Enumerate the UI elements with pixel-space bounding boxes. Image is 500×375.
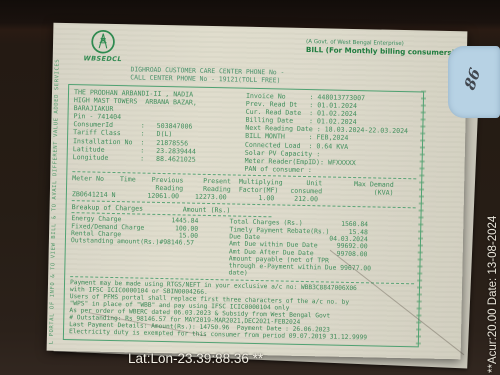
bill-photo: CL PORTAL OF INFO & TO VIEW BILL & TO AV…	[0, 0, 500, 375]
consumer-info-section: THE PRODHAN ARBANDI-II , NADIA HIGH MAST…	[72, 88, 418, 176]
logo-wordmark: WBSEDCL	[71, 54, 135, 63]
bill-body-box: THE PRODHAN ARBANDI-II , NADIA HIGH MAST…	[63, 84, 424, 347]
wbsedcl-logo: WBSEDCL	[71, 28, 136, 63]
bill-title-block: (A Govt. of West Bengal Enterprise) BILL…	[306, 33, 455, 57]
payment-notes-section: Payment may be made using RTGS/NEFT in y…	[69, 279, 414, 342]
consumer-address-block: THE PRODHAN ARBANDI-II , NADIA HIGH MAST…	[72, 88, 246, 173]
charges-breakup-block: Energy Charge 1445.84 Fixed/Demand Charg…	[70, 215, 229, 277]
bill-title: BILL (For Monthly billing consumers)	[306, 45, 455, 57]
handwritten-number: 86	[461, 65, 484, 93]
power-tower-icon	[71, 28, 136, 55]
charges-total-block: Total Charges (Rs.) 1560.84 Timely Payme…	[228, 219, 372, 280]
side-strip-text: CL PORTAL OF INFO & TO VIEW BILL & TO AV…	[49, 59, 61, 345]
billing-meta-block: Invoice No : 448013773007 Prev. Read Dt …	[244, 92, 408, 176]
gps-watermark-right: **Acur:20.00 Date: 13-08-2024	[487, 133, 499, 373]
gps-watermark-bottom: Lat:Lon-23.39:88.36 **	[128, 351, 263, 366]
handwritten-note: 86	[448, 46, 500, 118]
charges-section: Energy Charge 1445.84 Fixed/Demand Charg…	[70, 215, 415, 281]
